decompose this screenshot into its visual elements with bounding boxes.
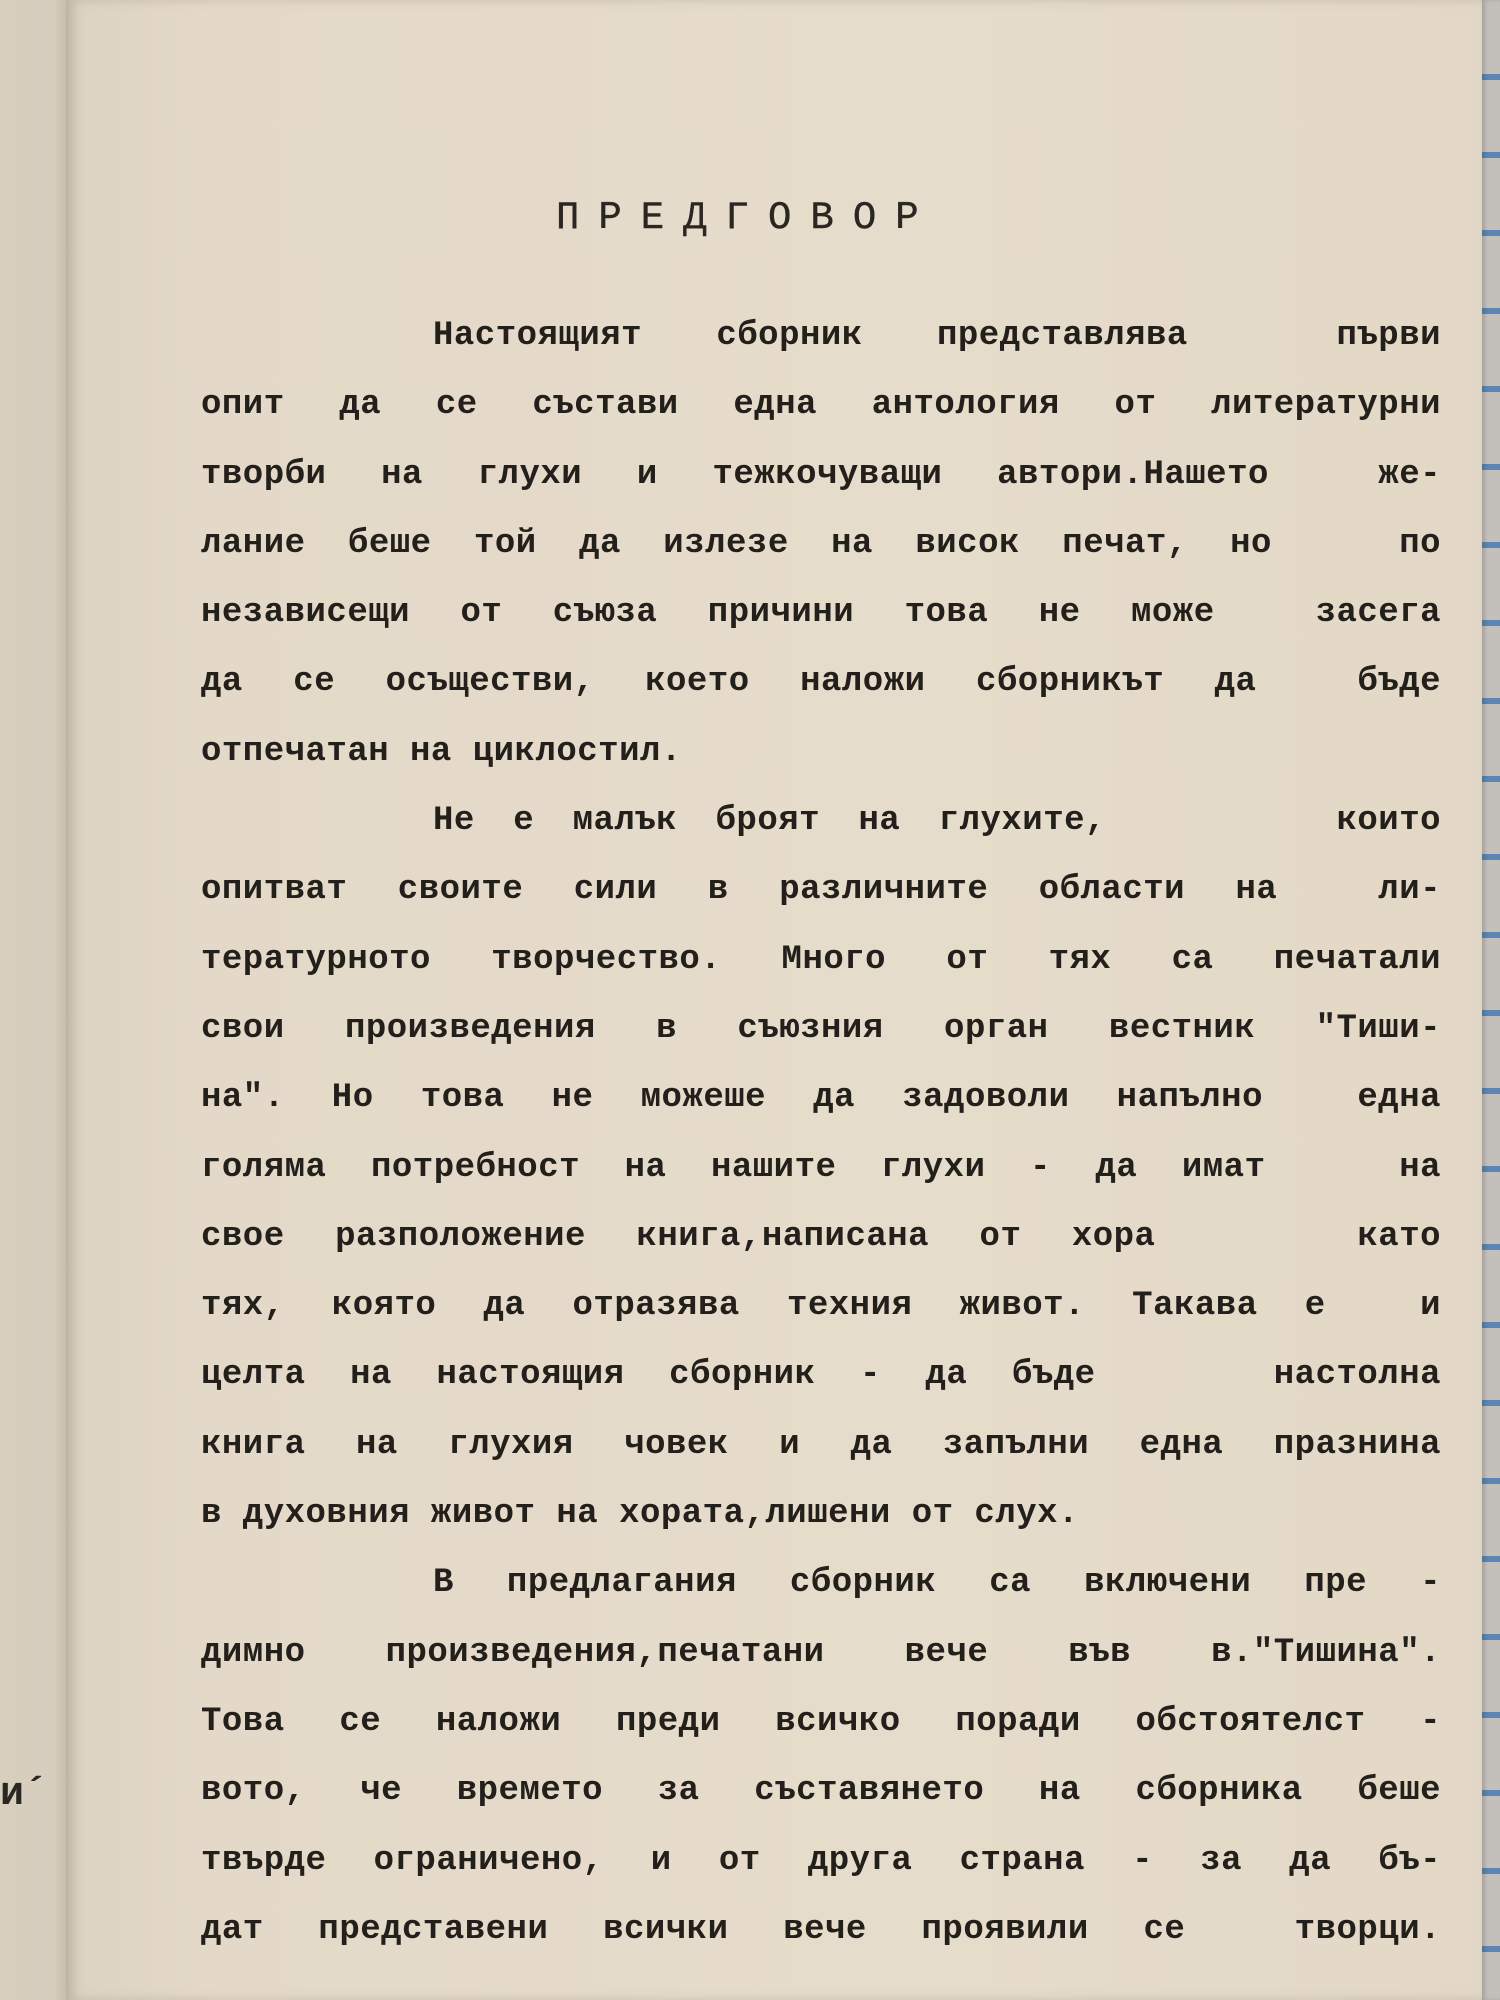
text-line: твърде ограничено, и от друга страна - з… [201, 1827, 1441, 1896]
text-line: голяма потребност на нашите глухи - да и… [201, 1134, 1441, 1203]
text-line: опитват своите сили в различните области… [201, 856, 1441, 925]
text-line: да се осъществи, което наложи сборникът … [201, 648, 1441, 717]
text-line: Това се наложи преди всичко поради обсто… [201, 1688, 1441, 1757]
paragraph-3: В предлагания сборник са включени пре - … [201, 1549, 1441, 1965]
text-line: опит да се състави една антология от лит… [201, 371, 1441, 440]
text-line: независещи от съюза причини това не може… [201, 579, 1441, 648]
page-title: ПРЕДГОВОР [556, 196, 938, 240]
previous-page-edge: и´ [0, 0, 68, 2000]
text-line: целта на настоящия сборник - да бъде нас… [201, 1341, 1441, 1410]
ruled-paper-edge [1482, 0, 1500, 2000]
text-line: тях, която да отразява техния живот. Так… [201, 1272, 1441, 1341]
text-line: свои произведения в съюзния орган вестни… [201, 995, 1441, 1064]
document-page: ПРЕДГОВОР Настоящият сборник представляв… [68, 0, 1482, 2000]
text-line: свое разположение книга,написана от хора… [201, 1203, 1441, 1272]
text-line: в духовния живот на хората,лишени от слу… [201, 1480, 1441, 1549]
paragraph-1: Настоящият сборник представлява първи оп… [201, 302, 1441, 787]
text-line: Не е малък броят на глухите, които [201, 787, 1441, 856]
text-line: В предлагания сборник са включени пре - [201, 1549, 1441, 1618]
text-line: книга на глухия човек и да запълни една … [201, 1411, 1441, 1480]
text-line: творби на глухи и тежкочуващи автори.Наш… [201, 441, 1441, 510]
text-line: вото, че времето за съставянето на сборн… [201, 1757, 1441, 1826]
margin-mark: и´ [0, 1775, 48, 1815]
text-line: лание беше той да излезе на висок печат,… [201, 510, 1441, 579]
text-line: тературното творчество. Много от тях са … [201, 926, 1441, 995]
text-line: дат представени всички вече проявили се … [201, 1896, 1441, 1965]
text-line: Настоящият сборник представлява първи [201, 302, 1441, 371]
document-body: Настоящият сборник представлява първи оп… [201, 302, 1441, 1965]
paragraph-2: Не е малък броят на глухите, които опитв… [201, 787, 1441, 1549]
text-line: на". Но това не можеше да задоволи напъл… [201, 1064, 1441, 1133]
text-line: димно произведения,печатани вече във в."… [201, 1619, 1441, 1688]
text-line: отпечатан на циклостил. [201, 718, 1441, 787]
